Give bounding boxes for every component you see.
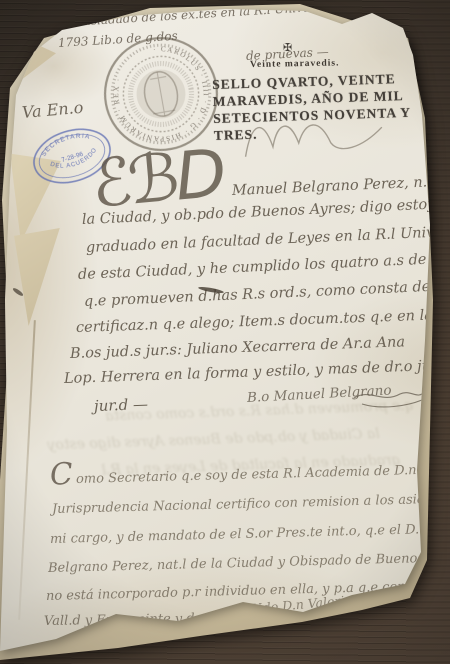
svg-text:SECRETARIA: SECRETARIA — [37, 128, 94, 159]
tax-value-line: Veinte maravedis. — [250, 58, 340, 70]
certification-line: no está incorporado p.r individuo en ell… — [46, 577, 450, 604]
davila-rubric — [388, 600, 440, 646]
certification-line: Vall.d y En.o veinte y dos de 1793. — [44, 610, 271, 629]
notary-paraph — [236, 99, 390, 165]
petition-line: graduado en la facultad de Leyes en la R… — [86, 224, 447, 256]
petition-line: certificaz.n q.e alego; Item.s docum.tos… — [76, 306, 450, 336]
corner-fold — [8, 36, 56, 90]
certification-drop-cap: C — [49, 456, 74, 493]
ink-blot — [411, 589, 443, 609]
petition-line: B.os jud.s jur.s: Juliano Xecarrera de A… — [70, 334, 406, 362]
document-page-wrap: · CAROLUS · IIII · D · G · HISPANIARUM ·… — [0, 0, 450, 664]
maltese-cross-icon: ✠ — [283, 41, 292, 54]
petition-line: Lop. Herrera en la forma y estilo, y mas… — [64, 358, 450, 387]
ghost-line: la Ciudad y ob.pdo de Buenos Ayres digo … — [47, 426, 380, 454]
petition-line: Manuel Belgrano Perez, n.l de — [232, 173, 450, 199]
annotation-line-1: Trasladado de los ex.tes en la R.l Unive… — [70, 0, 450, 29]
certification-line: Belgrano Perez, nat.l de la Ciudad y Obi… — [48, 550, 450, 576]
davila-signature: Dávila — [328, 623, 370, 640]
certification-line: mi cargo, y de mandato de el S.or Pres.t… — [50, 520, 450, 547]
petition-line: q.e promueven d.has R.s ord.s, como cons… — [84, 278, 449, 310]
ink-blot — [12, 287, 24, 297]
certification-line: Jurisprudencia Nacional certifico con re… — [52, 491, 450, 517]
petition-line: de esta Ciudad, y he cumplido los quatro… — [78, 249, 450, 283]
margin-note: Va En.o — [21, 98, 84, 122]
document-page: · CAROLUS · IIII · D · G · HISPANIARUM ·… — [0, 0, 450, 664]
manuscript-photo: · CAROLUS · IIII · D · G · HISPANIARUM ·… — [0, 0, 450, 664]
stamp-text-top: SECRETARIA — [37, 128, 94, 159]
postscript: R.do — [332, 643, 358, 657]
fold-flap-2 — [13, 228, 65, 326]
